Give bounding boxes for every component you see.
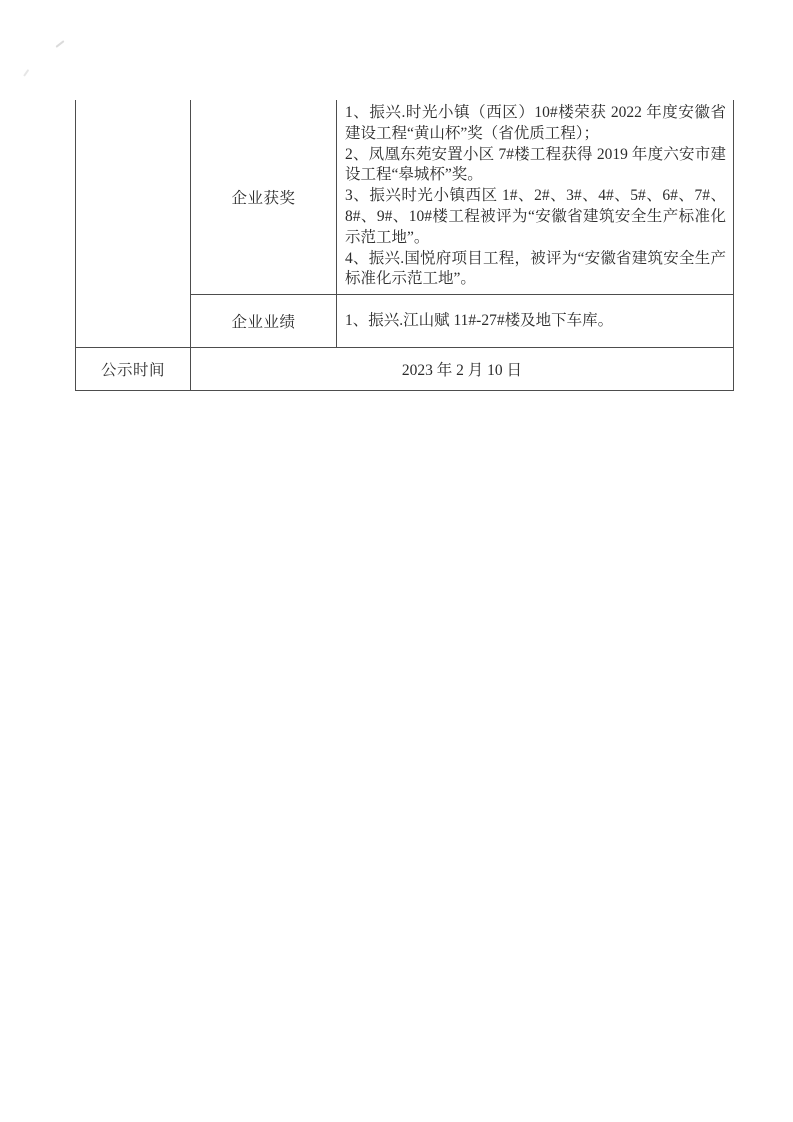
award-item: 2、凤凰东苑安置小区 7#楼工程获得 2019 年度六安市建设工程“皋城杯”奖。 bbox=[345, 145, 726, 187]
scan-smudge-mark bbox=[55, 40, 64, 48]
award-item: 3、振兴时光小镇西区 1#、2#、3#、4#、5#、6#、7#、8#、9#、10… bbox=[345, 186, 726, 248]
performance-item: 1、振兴.江山赋 11#-27#楼及地下车库。 bbox=[345, 311, 613, 332]
award-item: 1、振兴.时光小镇（西区）10#楼荣获 2022 年度安徽省建设工程“黄山杯”奖… bbox=[345, 103, 726, 145]
scanned-document-page: 企业获奖 1、振兴.时光小镇（西区）10#楼荣获 2022 年度安徽省建设工程“… bbox=[0, 0, 793, 1122]
award-item: 4、振兴.国悦府项目工程，被评为“安徽省建筑安全生产标准化示范工地”。 bbox=[345, 249, 726, 291]
publicity-time-value: 2023 年 2 月 10 日 bbox=[191, 348, 734, 391]
publicity-table: 企业获奖 1、振兴.时光小镇（西区）10#楼荣获 2022 年度安徽省建设工程“… bbox=[75, 100, 734, 391]
award-row-content: 1、振兴.时光小镇（西区）10#楼荣获 2022 年度安徽省建设工程“黄山杯”奖… bbox=[337, 100, 734, 295]
performance-row-content: 1、振兴.江山赋 11#-27#楼及地下车库。 bbox=[337, 295, 734, 348]
publicity-time-label: 公示时间 bbox=[76, 348, 191, 391]
continuation-empty-cell bbox=[76, 100, 191, 348]
scan-smudge-mark bbox=[23, 69, 29, 76]
performance-row-label: 企业业绩 bbox=[191, 295, 337, 348]
award-row-label: 企业获奖 bbox=[191, 100, 337, 295]
